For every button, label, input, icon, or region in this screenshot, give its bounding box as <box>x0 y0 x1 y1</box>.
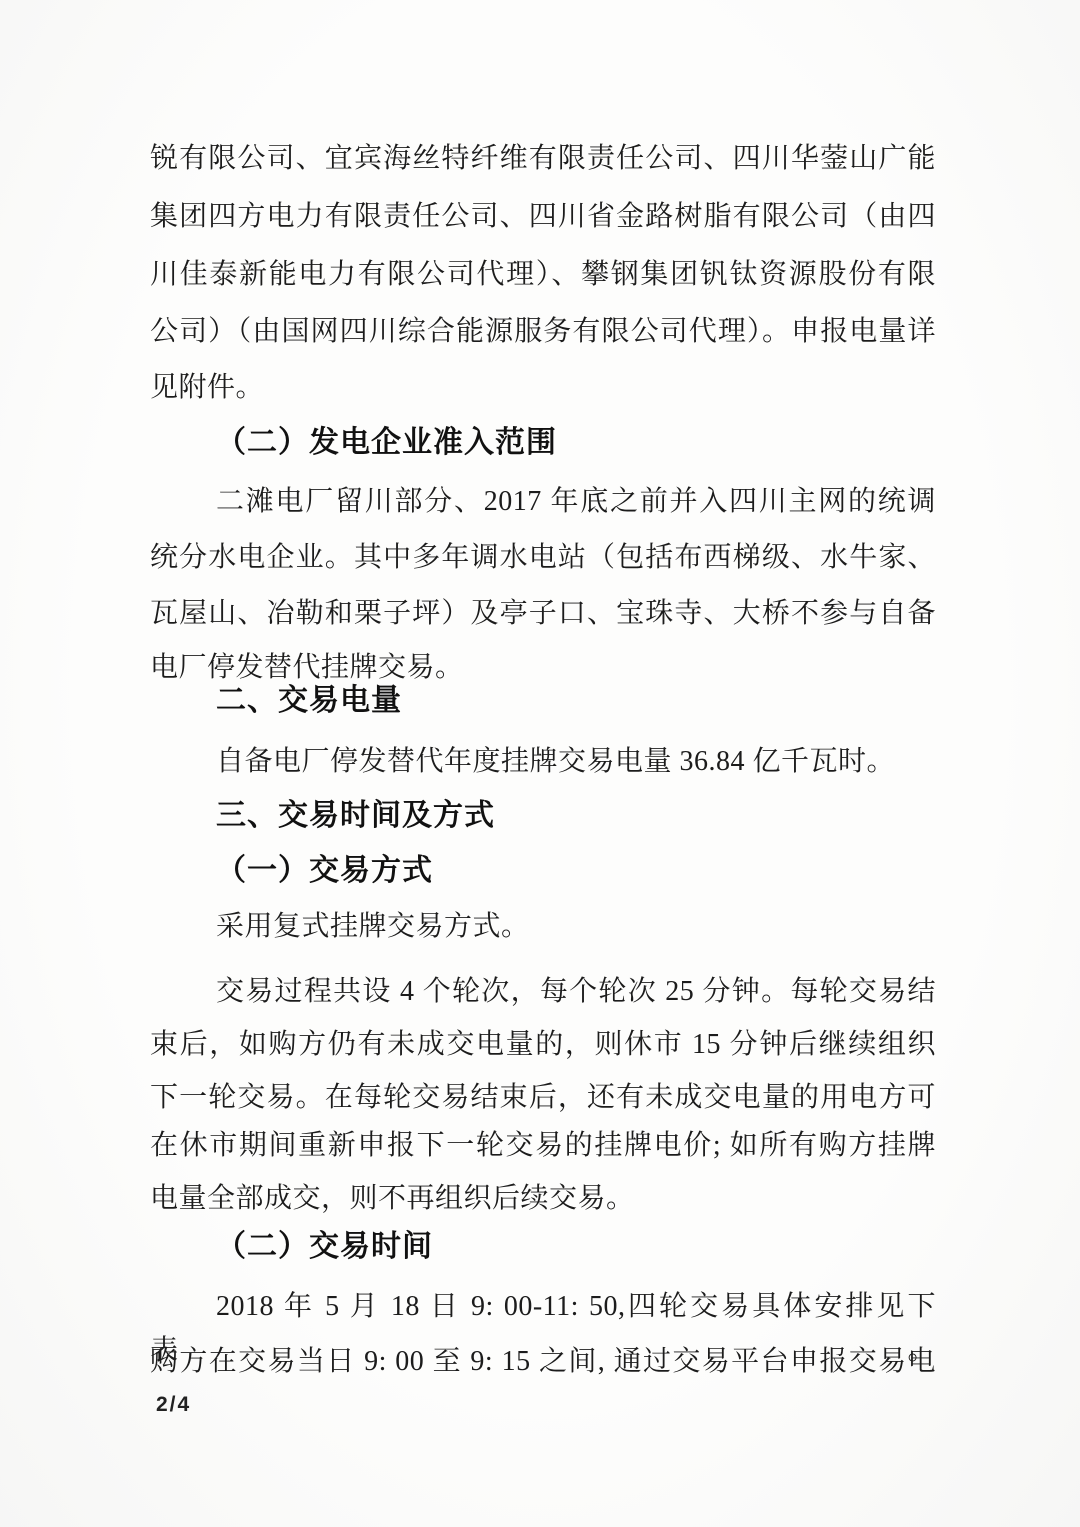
page-number: 2/4 <box>156 1392 191 1418</box>
body-line: 锐有限公司、宜宾海丝特纤维有限责任公司、四川华蓥山广能 <box>150 137 936 181</box>
section-heading-trade-method: （一）交易方式 <box>150 849 936 893</box>
section-heading-trade-volume: 二、交易电量 <box>150 679 936 723</box>
section-heading-generation-scope: （二）发电企业准入范围 <box>150 421 936 465</box>
body-line: 电量全部成交，则不再组织后续交易。 <box>150 1177 936 1221</box>
body-line: 交易过程共设 4 个轮次，每个轮次 25 分钟。每轮交易结 <box>150 970 936 1014</box>
body-line: 采用复式挂牌交易方式。 <box>150 905 936 949</box>
body-line: 二滩电厂留川部分、2017 年底之前并入四川主网的统调 <box>150 480 936 524</box>
section-heading-time-and-method: 三、交易时间及方式 <box>150 794 936 838</box>
body-line: 川佳泰新能电力有限公司代理）、攀钢集团钒钛资源股份有限 <box>150 253 936 297</box>
document-page: 锐有限公司、宜宾海丝特纤维有限责任公司、四川华蓥山广能 集团四方电力有限责任公司… <box>0 0 1080 1527</box>
body-line: 集团四方电力有限责任公司、四川省金路树脂有限公司（由四 <box>150 195 936 239</box>
body-line: 在休市期间重新申报下一轮交易的挂牌电价; 如所有购方挂牌 <box>150 1124 936 1168</box>
body-line: 2018 年 5 月 18 日 9: 00-11: 50,四轮交易具体安排见下表… <box>150 1285 936 1329</box>
section-heading-trade-time: （二）交易时间 <box>150 1225 936 1269</box>
body-line: 统分水电企业。其中多年调水电站（包括布西梯级、水牛家、 <box>150 536 936 580</box>
body-line: 瓦屋山、冶勒和栗子坪）及亭子口、宝珠寺、大桥不参与自备 <box>150 592 936 636</box>
body-line: 见附件。 <box>150 366 936 410</box>
body-line: 自备电厂停发替代年度挂牌交易电量 36.84 亿千瓦时。 <box>150 740 936 784</box>
body-line: 下一轮交易。在每轮交易结束后，还有未成交电量的用电方可 <box>150 1076 936 1120</box>
body-line: 公司）（由国网四川综合能源服务有限公司代理）。申报电量详 <box>150 310 936 354</box>
body-line: 购方在交易当日 9: 00 至 9: 15 之间, 通过交易平台申报交易电 <box>150 1340 936 1384</box>
body-line: 束后，如购方仍有未成交电量的，则休市 15 分钟后继续组织 <box>150 1023 936 1067</box>
